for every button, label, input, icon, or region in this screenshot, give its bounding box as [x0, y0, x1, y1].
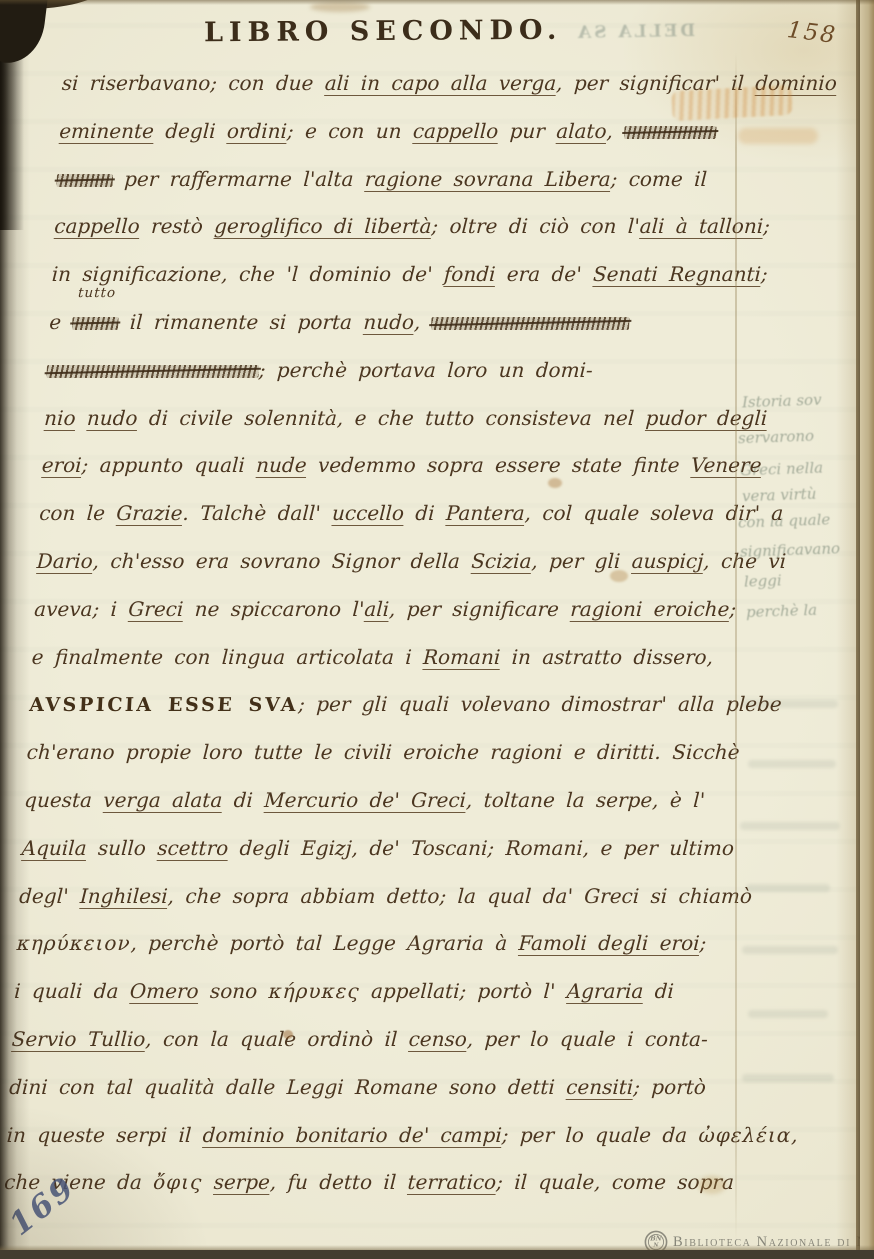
text-segment: ; il quale, come sopra: [496, 1170, 735, 1194]
text-segment: ali in capo alla verga: [324, 71, 557, 95]
text-segment: degli: [153, 119, 227, 143]
text-segment: ali à talloni: [639, 214, 764, 238]
text-segment: si riserbavano; con due: [61, 71, 325, 95]
manuscript-line: nio nudo di civile solennità, e che tutt…: [43, 395, 758, 443]
text-segment: κηρύκειον: [16, 931, 131, 955]
manuscript-line: κηρύκειον, perchè portò tal Legge Agrari…: [15, 920, 730, 968]
text-segment: , per lo quale i conta-: [466, 1027, 708, 1051]
manuscript-line: dini con tal qualità dalle Leggi Romane …: [8, 1064, 723, 1112]
text-segment: dini con tal qualità dalle Leggi Romane …: [9, 1075, 567, 1099]
manuscript-text: si riserbavano; con due ali in capo alla…: [3, 60, 775, 1207]
text-segment: vedemmo sopra essere state finte: [306, 453, 692, 477]
text-segment: Romani: [422, 645, 501, 669]
text-segment: pudor degli: [645, 406, 768, 430]
underlying-page-edge: [860, 0, 874, 1259]
text-segment: , fu detto il: [269, 1170, 408, 1194]
mirrored-bleedthrough-text: DELLA SA: [575, 21, 696, 43]
text-segment: Venere: [690, 453, 762, 477]
text-segment: Greci: [128, 597, 184, 621]
page-bottom-edge: [0, 1250, 874, 1259]
text-segment: in significazione, che 'l dominio de': [51, 262, 444, 286]
text-segment: sullo: [86, 836, 158, 860]
text-segment: alato: [556, 119, 608, 143]
text-segment: appellati; portò l': [359, 979, 567, 1003]
struck-out-illegible-text: tutto: [72, 317, 119, 330]
text-segment: eminente: [59, 119, 155, 143]
text-segment: terratico: [407, 1170, 497, 1194]
inserted-word-above-line: tutto: [78, 287, 117, 300]
manuscript-line: Aquila sullo scettro degli Egizj, de' To…: [20, 825, 735, 873]
text-segment: Grazie: [116, 501, 183, 525]
text-segment: Famoli degli eroi: [518, 931, 700, 955]
text-segment: serpe: [213, 1170, 271, 1194]
text-segment: ; e con un: [286, 119, 413, 143]
bleedthrough-word: leggi: [744, 571, 782, 590]
text-segment: [75, 406, 88, 430]
text-segment: geroglifico di libertà: [214, 214, 433, 238]
text-segment: questa: [24, 788, 104, 812]
text-segment: di civile solennità, e che tutto consist…: [137, 406, 646, 430]
text-segment: nudo: [363, 310, 415, 334]
manuscript-line: in significazione, che 'l dominio de' fo…: [51, 251, 766, 299]
text-segment: ,: [413, 310, 432, 334]
text-segment: eroi: [41, 453, 82, 477]
text-segment: fondi: [443, 262, 496, 286]
text-segment: e finalmente con lingua articolata i: [31, 645, 424, 669]
text-segment: scettro: [157, 836, 229, 860]
text-segment: in queste serpi il: [6, 1123, 203, 1147]
text-segment: degli Egizj, de' Toscani; Romani, e per …: [228, 836, 735, 860]
text-segment: ; per gli quali volevano dimostrar' alla…: [298, 692, 783, 716]
manuscript-line: aveva; i Greci ne spiccarono l'ali, per …: [33, 586, 748, 634]
text-segment: i quali da: [14, 979, 131, 1003]
svg-text:BN: BN: [649, 1235, 662, 1243]
text-segment: ; oltre di ciò con l': [431, 214, 641, 238]
text-segment: Omero: [129, 979, 199, 1003]
text-segment: Servio Tullio: [11, 1027, 146, 1051]
text-segment: . Talchè dall': [182, 501, 333, 525]
bleedthrough-stroke: [742, 1074, 834, 1082]
text-segment: ordini: [226, 119, 287, 143]
manuscript-line: per raffermarne l'alta ragione sovrana L…: [56, 156, 771, 204]
text-segment: censo: [408, 1027, 467, 1051]
manuscript-line: e tutto il rimanente si porta nudo,: [48, 299, 763, 347]
text-segment: dominio: [755, 71, 838, 95]
text-segment: sono: [198, 979, 269, 1003]
text-segment: , col quale soleva dir' a: [524, 501, 784, 525]
text-segment: ὠφελέια: [698, 1123, 792, 1147]
manuscript-line: ; perchè portava loro un domi-: [46, 347, 761, 395]
manuscript-line: i quali da Omero sono κήρυκες appellati;…: [13, 968, 728, 1016]
text-segment: ne spiccarono l': [183, 597, 365, 621]
text-segment: ;: [760, 262, 768, 286]
bleedthrough-stroke: [740, 822, 840, 830]
text-segment: , per significar' il: [556, 71, 756, 95]
text-segment: ragioni eroiche: [570, 597, 730, 621]
manuscript-line: cappello restò geroglifico di libertà; o…: [53, 203, 768, 251]
bleedthrough-stroke: [742, 946, 838, 954]
manuscript-page-scan: DELLA SA Istoria sovservaronoGreci nella…: [0, 0, 874, 1259]
text-segment: Pantera: [445, 501, 525, 525]
page-title: LIBRO SECONDO.: [204, 15, 563, 49]
manuscript-line: questa verga alata di Mercurio de' Greci…: [23, 777, 738, 825]
text-segment: uccello: [331, 501, 404, 525]
text-segment: ὄφις: [153, 1170, 203, 1194]
folio-number: 158: [786, 17, 839, 49]
text-segment: , perchè portò tal Legge Agraria à: [130, 931, 519, 955]
struck-out-illegible-text: [46, 365, 259, 378]
text-segment: ;: [763, 214, 771, 238]
struck-out-illegible-text: [624, 126, 717, 139]
text-segment: , per gli: [531, 549, 632, 573]
text-segment: ch'erano propie loro tutte le civili ero…: [26, 740, 740, 764]
struck-out-illegible-text: [56, 174, 113, 187]
manuscript-line: eroi; appunto quali nude vedemmo sopra e…: [41, 442, 756, 490]
text-segment: Aquila: [21, 836, 87, 860]
manuscript-line: in queste serpi il dominio bonitario de'…: [5, 1112, 720, 1160]
text-segment: in astratto dissero,: [500, 645, 714, 669]
text-segment: ,: [606, 119, 625, 143]
text-segment: con le: [39, 501, 117, 525]
text-segment: , toltane la serpe, è l': [465, 788, 705, 812]
page-top-edge: [0, 0, 874, 5]
text-segment: , che sopra abbiam detto; la qual da' Gr…: [167, 884, 753, 908]
text-segment: ali: [364, 597, 390, 621]
text-segment: ragione sovrana Libera: [364, 167, 611, 191]
manuscript-line: con le Grazie. Talchè dall' uccello di P…: [38, 490, 753, 538]
text-segment: ; appunto quali: [81, 453, 257, 477]
page-fold-crease: [735, 52, 737, 1243]
text-segment: di: [643, 979, 675, 1003]
text-segment: aveva; i: [34, 597, 129, 621]
text-segment: Mercurio de' Greci: [264, 788, 467, 812]
text-segment: verga alata: [103, 788, 223, 812]
manuscript-line: ch'erano propie loro tutte le civili ero…: [25, 729, 740, 777]
manuscript-line: degl' Inghilesi, che sopra abbiam detto;…: [18, 873, 733, 921]
text-segment: cappello: [412, 119, 499, 143]
text-segment: per raffermarne l'alta: [112, 167, 365, 191]
text-segment: κήρυκες: [268, 979, 360, 1003]
manuscript-line: AVSPICIA ESSE SVA; per gli quali volevan…: [28, 681, 743, 729]
manuscript-line: Servio Tullio, con la quale ordinò il ce…: [10, 1016, 725, 1064]
bleedthrough-stroke: [748, 1010, 828, 1018]
text-segment: , che vi: [703, 549, 787, 573]
text-segment: , ch'esso era sovrano Signor della: [92, 549, 472, 573]
text-segment: ; perchè portava loro un domi-: [258, 358, 593, 382]
text-segment: nude: [256, 453, 308, 477]
text-segment: censiti: [566, 1075, 634, 1099]
text-segment: ; come il: [610, 167, 708, 191]
text-segment: Agraria: [566, 979, 644, 1003]
manuscript-line: eminente degli ordini; e con un cappello…: [58, 108, 773, 156]
text-segment: dominio bonitario de' campi: [202, 1123, 502, 1147]
text-segment: di: [403, 501, 446, 525]
damaged-corner: [0, 0, 48, 67]
bleedthrough-stroke: [748, 760, 836, 768]
page-edge-shadow: [836, 0, 856, 1259]
text-segment: AVSPICIA ESSE SVA: [29, 694, 299, 716]
text-segment: il rimanente si porta: [118, 310, 364, 334]
text-segment: era de': [495, 262, 594, 286]
text-segment: ; portò: [633, 1075, 707, 1099]
text-segment: auspicj: [631, 549, 704, 573]
text-segment: restò: [139, 214, 215, 238]
text-segment: cappello: [54, 214, 141, 238]
text-segment: nudo: [86, 406, 138, 430]
text-segment: di: [222, 788, 265, 812]
text-segment: ; per lo quale da: [501, 1123, 699, 1147]
text-segment: ;: [699, 931, 707, 955]
bleedthrough-word: perchè la: [746, 601, 818, 621]
struck-out-illegible-text: [431, 317, 630, 330]
text-segment: , per significare: [389, 597, 571, 621]
text-segment: pur: [498, 119, 557, 143]
manuscript-line: e finalmente con lingua articolata i Rom…: [30, 634, 745, 682]
text-segment: Scizia: [471, 549, 532, 573]
text-segment: Dario: [36, 549, 93, 573]
text-segment: Inghilesi: [79, 884, 168, 908]
manuscript-line: che viene da ὄφις serpe, fu detto il ter…: [3, 1159, 718, 1207]
text-segment: ,: [791, 1123, 799, 1147]
manuscript-line: Dario, ch'esso era sovrano Signor della …: [36, 538, 751, 586]
manuscript-line: si riserbavano; con due ali in capo alla…: [61, 60, 776, 108]
text-segment: , con la quale ordinò il: [145, 1027, 410, 1051]
bleedthrough-stroke: [746, 884, 830, 892]
text-segment: nio: [44, 406, 77, 430]
